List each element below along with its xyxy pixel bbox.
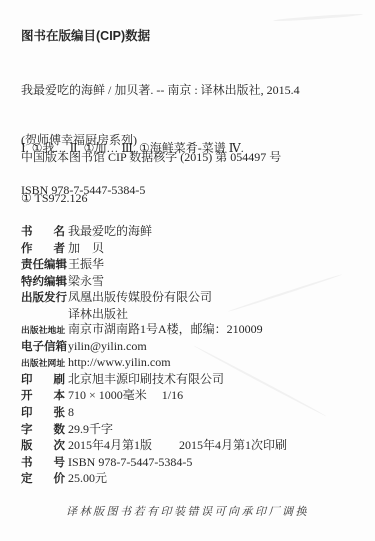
cip-record-line: 我最爱吃的海鲜 / 加贝著. -- 南京 : 译林出版社, 2015.4: [21, 82, 300, 99]
colophon-row: 出版社网址http://www.yilin.com: [21, 355, 287, 372]
colophon-value: 梁永雪: [68, 274, 104, 288]
colophon-row: 定价25.00元: [21, 471, 287, 488]
colophon-value: 25.00元: [68, 471, 107, 485]
colophon-row: 字数29.9千字: [21, 422, 287, 439]
colophon-value: 北京旭丰源印刷技术有限公司: [68, 372, 224, 386]
colophon-value: http://www.yilin.com: [68, 355, 171, 369]
colophon-label: 版次: [21, 439, 65, 455]
colophon-value: 我最爱吃的海鲜: [68, 224, 152, 238]
colophon-value: 8: [68, 405, 74, 419]
colophon-row: 书名我最爱吃的海鲜: [21, 224, 287, 241]
colophon-label: 印刷: [21, 373, 65, 389]
colophon-label: 字数: [21, 423, 65, 439]
colophon-row: 出版社地址南京市湖南路1号A楼，邮编：210009: [21, 322, 287, 339]
colophon-value: yilin@yilin.com: [68, 339, 147, 353]
cip-classification-block: Ⅰ. ①我… Ⅱ. ①加… Ⅲ. ①海鲜菜肴-菜谱 Ⅳ. ① TS972.126: [21, 107, 244, 240]
colophon-label: 印张: [21, 406, 65, 422]
colophon-value: ISBN 978-7-5447-5384-5: [68, 455, 192, 469]
colophon-row: 作者加 贝: [21, 241, 287, 258]
colophon-continuation-row: 译林出版社: [21, 307, 287, 323]
colophon-label: 特约编辑: [21, 275, 65, 291]
colophon-row: 版次2015年4月第1版 2015年4月第1次印刷: [21, 438, 287, 455]
colophon-row: 印张8: [21, 405, 287, 422]
colophon-value: 29.9千字: [68, 422, 113, 436]
cip-header: 图书在版编目(CIP)数据: [21, 26, 150, 44]
colophon-label: 开本: [21, 389, 65, 405]
cip-class-number-line: ① TS972.126: [21, 190, 244, 207]
colophon-row: 印刷北京旭丰源印刷技术有限公司: [21, 372, 287, 389]
colophon-row: 书号ISBN 978-7-5447-5384-5: [21, 455, 287, 472]
book-cip-page: 图书在版编目(CIP)数据 我最爱吃的海鲜 / 加贝著. -- 南京 : 译林出…: [0, 0, 375, 541]
scan-artifact: [273, 13, 363, 22]
footer-note: 译林版图书若有印装错误可向承印厂调换: [0, 503, 375, 519]
colophon-label: 出版社网址: [21, 356, 65, 372]
colophon-label: 书号: [21, 456, 65, 472]
colophon-label: 书名: [21, 225, 65, 241]
cip-registry-line: 中国版本图书馆 CIP 数据核字 (2015) 第 054497 号: [21, 148, 281, 165]
colophon-row: 责任编辑王振华: [21, 257, 287, 274]
colophon-label: 定价: [21, 472, 65, 488]
colophon-label: 责任编辑: [21, 258, 65, 274]
colophon-value: 南京市湖南路1号A楼，邮编：210009: [68, 322, 263, 336]
colophon-value: 王振华: [68, 257, 104, 271]
colophon-label: 出版发行: [21, 291, 65, 307]
colophon-label: 作者: [21, 242, 65, 258]
colophon-label: 电子信箱: [21, 340, 65, 356]
colophon-row: 出版发行凤凰出版传媒股份有限公司: [21, 290, 287, 307]
colophon-value: 2015年4月第1版 2015年4月第1次印刷: [68, 438, 287, 452]
colophon-value: 译林出版社: [68, 307, 128, 321]
colophon-value: 710 × 1000毫米 1/16: [68, 388, 183, 402]
colophon-row: 特约编辑梁永雪: [21, 274, 287, 291]
colophon-row: 电子信箱yilin@yilin.com: [21, 339, 287, 356]
colophon: 书名我最爱吃的海鲜作者加 贝责任编辑王振华特约编辑梁永雪出版发行凤凰出版传媒股份…: [21, 224, 287, 488]
colophon-value: 凤凰出版传媒股份有限公司: [68, 290, 212, 304]
colophon-value: 加 贝: [68, 241, 104, 255]
colophon-label: 出版社地址: [21, 323, 65, 339]
colophon-row: 开本710 × 1000毫米 1/16: [21, 388, 287, 405]
